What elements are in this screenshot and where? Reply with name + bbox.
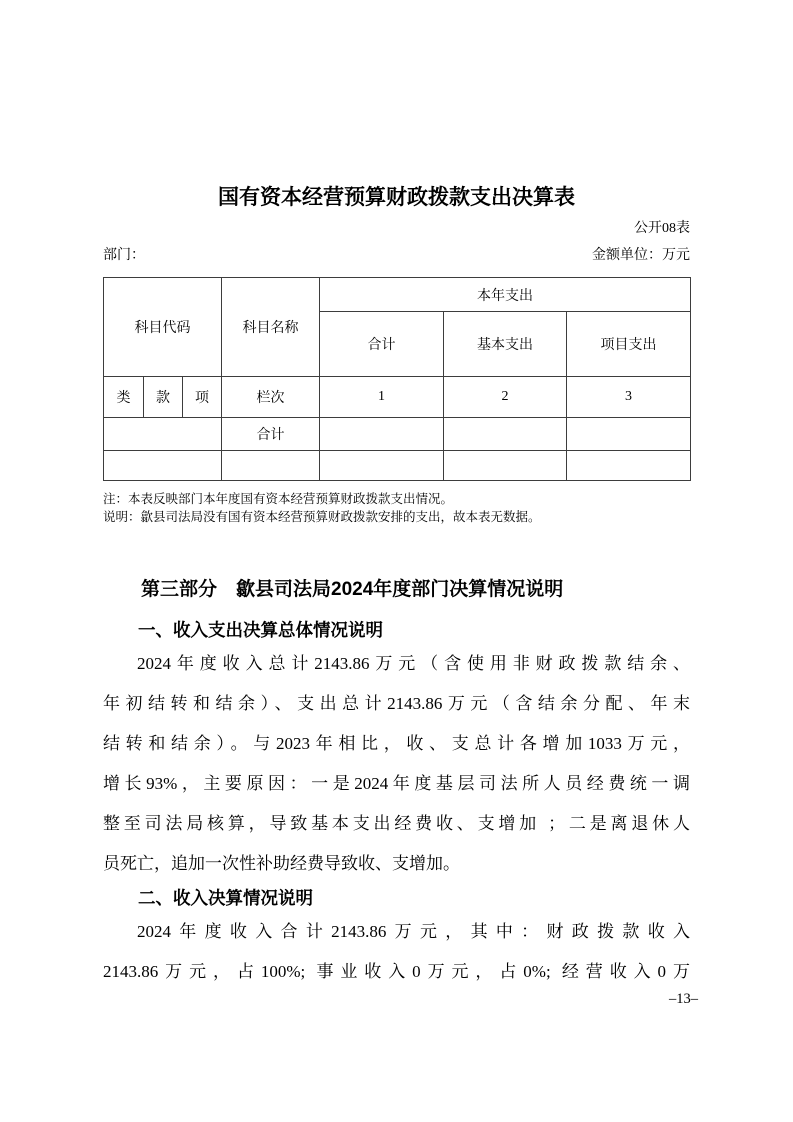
th-current-year-expenditure: 本年支出 [320,278,691,312]
cell-col-3: 3 [567,377,691,418]
department-label: 部门： [103,247,145,265]
paragraph-line: 整至司法局核算，导致基本支出经费收、支增加 ；二是离退休人 [103,804,690,844]
table-notes: 注：本表反映部门本年度国有资本经营预算财政拨款支出情况。 说明：歙县司法局没有国… [103,490,690,526]
paragraph-line: 增长93%，主要原因：一是2024年度基层司法所人员经费统一调 [103,764,690,804]
paragraph-line: 2024年度收入合计2143.86万元，其中：财政拨款收入 [103,912,690,952]
table-meta-row: 部门： 金额单位：万元 [103,247,690,265]
empty-value-cell [567,418,691,451]
empty-value-cell [320,451,444,481]
cell-class: 类 [104,377,144,418]
th-subject-name: 科目名称 [222,278,320,377]
public-table-number: 公开08表 [103,220,690,238]
section-heading-2: 二、收入决算情况说明 [103,884,690,912]
paragraph-line: 年初结转和结余）、支出总计2143.86万元（含结余分配、年末 [103,684,690,724]
page-content: 国有资本经营预算财政拨款支出决算表 公开08表 部门： 金额单位：万元 科目代码… [103,0,690,992]
section-heading-1: 一、收入支出决算总体情况说明 [103,616,690,644]
th-project-expenditure: 项目支出 [567,312,691,377]
empty-value-cell [320,418,444,451]
empty-code-cell [104,451,222,481]
paragraph-line: 结转和结余）。与2023年相比，收、支总计各增加1033万元， [103,724,690,764]
empty-name-cell [222,451,320,481]
empty-code-cell [104,418,222,451]
section-part3-heading: 第三部分 歙县司法局2024年度部门决算情况说明 [103,576,690,604]
empty-value-cell [444,451,567,481]
cell-item: 项 [183,377,222,418]
cell-total-row-label: 合计 [222,418,320,451]
paragraph-line: 2024年度收入总计2143.86万元（含使用非财政拨款结余、 [103,644,690,684]
cell-section: 款 [144,377,183,418]
th-subject-code: 科目代码 [104,278,222,377]
paragraph-1: 2024年度收入总计2143.86万元（含使用非财政拨款结余、 年初结转和结余）… [103,644,690,884]
paragraph-2: 2024年度收入合计2143.86万元，其中：财政拨款收入 2143.86万元，… [103,912,690,992]
cell-column-no: 栏次 [222,377,320,418]
document-page: 国有资本经营预算财政拨款支出决算表 公开08表 部门： 金额单位：万元 科目代码… [0,0,793,1122]
note-line-1: 注：本表反映部门本年度国有资本经营预算财政拨款支出情况。 [103,490,690,508]
empty-value-cell [444,418,567,451]
page-title: 国有资本经营预算财政拨款支出决算表 [103,186,690,210]
paragraph-line: 2143.86万元，占100%; 事业收入0万元，占0%; 经营收入0万 [103,952,690,992]
empty-value-cell [567,451,691,481]
amount-unit-label: 金额单位：万元 [592,247,690,265]
note-line-2: 说明：歙县司法局没有国有资本经营预算财政拨款安排的支出，故本表无数据。 [103,508,690,526]
page-number: –13– [669,990,698,1008]
cell-col-1: 1 [320,377,444,418]
cell-col-2: 2 [444,377,567,418]
th-total: 合计 [320,312,444,377]
budget-table: 科目代码 科目名称 本年支出 合计 基本支出 项目支出 类 款 项 栏次 1 2… [103,277,691,481]
paragraph-line: 员死亡，追加一次性补助经费导致收、支增加。 [103,844,690,884]
th-basic-expenditure: 基本支出 [444,312,567,377]
